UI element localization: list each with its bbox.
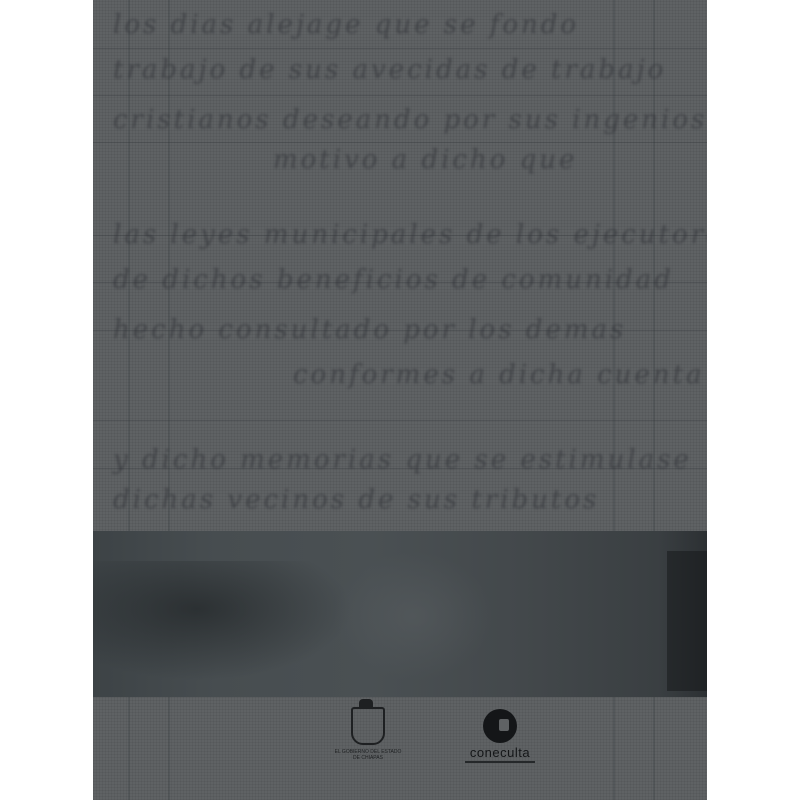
manuscript-line: motivo a dicho que	[273, 145, 577, 175]
coneculta-logo: coneculta	[465, 697, 535, 763]
ruled-line	[93, 142, 707, 143]
manuscript-line: los dias alejage que se fondo	[113, 10, 579, 40]
manuscript-line: y dicho memorias que se estimulase	[113, 445, 692, 475]
photo-shadow	[667, 551, 707, 691]
manuscript-line: conformes a dicha cuenta	[293, 360, 705, 390]
coneculta-label: coneculta	[470, 745, 530, 760]
coat-of-arms-icon	[351, 707, 385, 745]
ruled-line	[93, 420, 707, 421]
coneculta-logo-icon	[483, 709, 517, 743]
manuscript-line: dichas vecinos de sus tributos	[113, 485, 599, 515]
logo-row: EL GOBIERNO DEL ESTADO DE CHIAPAS conecu…	[93, 697, 707, 800]
coneculta-tagline	[465, 761, 535, 763]
ruled-line	[93, 95, 707, 96]
government-label: EL GOBIERNO DEL ESTADO DE CHIAPAS	[333, 749, 403, 761]
manuscript-line: las leyes municipales de los ejecutores	[113, 220, 707, 250]
map-overlay	[333, 551, 493, 681]
ruled-line	[93, 48, 707, 49]
mountain-image	[93, 561, 353, 681]
manuscript-line: cristianos deseando por sus ingenios	[113, 105, 707, 135]
manuscript-line: trabajo de sus avecidas de trabajo	[113, 55, 666, 85]
manuscript-line: hecho consultado por los demas	[113, 315, 626, 345]
government-logo: EL GOBIERNO DEL ESTADO DE CHIAPAS	[333, 697, 403, 761]
back-cover: los dias alejage que se fondo trabajo de…	[93, 0, 707, 800]
photo-band	[93, 531, 707, 697]
manuscript-line: de dichos beneficios de comunidad	[113, 265, 674, 295]
